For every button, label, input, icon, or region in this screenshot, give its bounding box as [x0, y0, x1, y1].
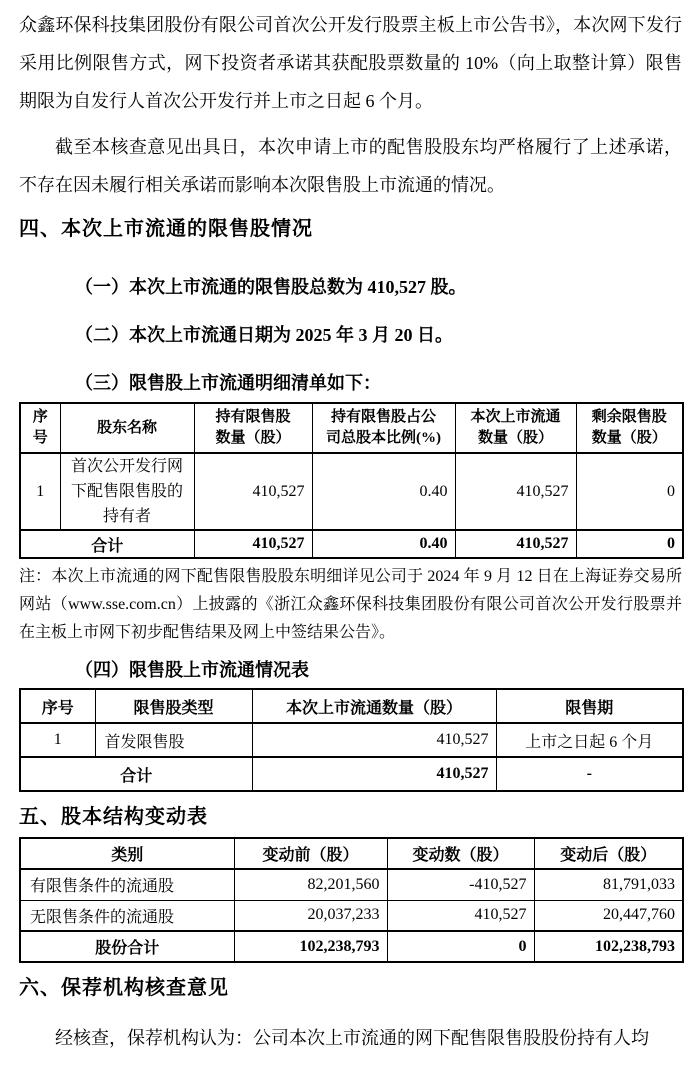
col-header-held-qty: 持有限售股 数量（股）	[194, 403, 312, 453]
table-note: 注：本次上市流通的网下配售限售股股东明细详见公司于 2024 年 9 月 12 …	[19, 563, 682, 647]
col-header-ratio: 持有限售股占公 司总股本比例(%)	[312, 403, 455, 453]
col-header-listed-qty: 本次上市流通 数量（股）	[455, 403, 576, 453]
paragraph-sponsor-opinion: 经核查，保荐机构认为：公司本次上市流通的网下配售限售股股份持有人均	[19, 1019, 682, 1057]
cell-total-held-qty: 410,527	[194, 530, 312, 558]
cell-lockup-type: 首发限售股	[95, 723, 252, 757]
col-header-listed-qty: 本次上市流通数量（股）	[252, 689, 496, 723]
lockup-circulation-table: 序号 限售股类型 本次上市流通数量（股） 限售期 1 首发限售股 410,527…	[19, 688, 684, 792]
cell-serial: 1	[20, 453, 60, 530]
table-total-row: 合计 410,527 0.40 410,527 0	[20, 530, 683, 558]
cell-ratio: 0.40	[312, 453, 455, 530]
cell-category: 无限售条件的流通股	[20, 900, 234, 931]
col-header-shareholder: 股东名称	[60, 403, 194, 453]
table-row: 有限售条件的流通股 82,201,560 -410,527 81,791,033	[20, 869, 683, 900]
section-4-item-3: （三）限售股上市流通明细清单如下：	[75, 368, 682, 398]
table-row: 1 首次公开发行网下配售限售股的持有者 410,527 0.40 410,527…	[20, 453, 683, 530]
cell-change-amount: -410,527	[387, 869, 534, 900]
cell-remaining-qty: 0	[576, 453, 683, 530]
cell-total-before: 102,238,793	[234, 931, 387, 962]
cell-total-change: 0	[387, 931, 534, 962]
cell-serial: 1	[20, 723, 95, 757]
col-header-lockup-type: 限售股类型	[95, 689, 252, 723]
table-total-row: 股份合计 102,238,793 0 102,238,793	[20, 931, 683, 962]
cell-after-change: 20,447,760	[534, 900, 683, 931]
section-4-item-2: （二）本次上市流通日期为 2025 年 3 月 20 日。	[75, 320, 682, 350]
section-4-item-1: （一）本次上市流通的限售股总数为 410,527 股。	[75, 272, 682, 302]
cell-held-qty: 410,527	[194, 453, 312, 530]
cell-before-change: 20,037,233	[234, 900, 387, 931]
cell-change-amount: 410,527	[387, 900, 534, 931]
cell-total-label: 合计	[20, 757, 252, 791]
table-total-row: 合计 410,527 -	[20, 757, 683, 791]
col-header-lockup-period: 限售期	[496, 689, 683, 723]
cell-listed-qty: 410,527	[455, 453, 576, 530]
cell-category: 有限售条件的流通股	[20, 869, 234, 900]
cell-total-remaining-qty: 0	[576, 530, 683, 558]
restricted-shares-detail-table: 序 号 股东名称 持有限售股 数量（股） 持有限售股占公 司总股本比例(%) 本…	[19, 402, 684, 559]
cell-before-change: 82,201,560	[234, 869, 387, 900]
col-header-category: 类别	[20, 838, 234, 869]
section-4-item-4: （四）限售股上市流通情况表	[75, 655, 682, 685]
section-4-heading: 四、本次上市流通的限售股情况	[19, 214, 682, 244]
table-header-row: 序 号 股东名称 持有限售股 数量（股） 持有限售股占公 司总股本比例(%) 本…	[20, 403, 683, 453]
cell-total-after: 102,238,793	[534, 931, 683, 962]
table-header-row: 序号 限售股类型 本次上市流通数量（股） 限售期	[20, 689, 683, 723]
cell-total-ratio: 0.40	[312, 530, 455, 558]
cell-total-period: -	[496, 757, 683, 791]
cell-total-label: 股份合计	[20, 931, 234, 962]
cell-after-change: 81,791,033	[534, 869, 683, 900]
share-structure-change-table: 类别 变动前（股） 变动数（股） 变动后（股） 有限售条件的流通股 82,201…	[19, 837, 684, 963]
cell-total-listed-qty: 410,527	[252, 757, 496, 791]
col-header-change-amount: 变动数（股）	[387, 838, 534, 869]
document-page: 众鑫环保科技集团股份有限公司首次公开发行股票主板上市公告书》，本次网下发行采用比…	[0, 0, 700, 1057]
cell-shareholder: 首次公开发行网下配售限售股的持有者	[60, 453, 194, 530]
table-header-row: 类别 变动前（股） 变动数（股） 变动后（股）	[20, 838, 683, 869]
cell-total-listed-qty: 410,527	[455, 530, 576, 558]
section-6-heading: 六、保荐机构核查意见	[19, 973, 682, 1003]
col-header-serial: 序号	[20, 689, 95, 723]
paragraph-commitment-fulfilled: 截至本核查意见出具日，本次申请上市的配售股股东均严格履行了上述承诺，不存在因未履…	[19, 128, 682, 204]
section-5-heading: 五、股本结构变动表	[19, 802, 682, 832]
table-row: 无限售条件的流通股 20,037,233 410,527 20,447,760	[20, 900, 683, 931]
cell-lockup-period: 上市之日起 6 个月	[496, 723, 683, 757]
col-header-serial: 序 号	[20, 403, 60, 453]
paragraph-lockup-commitment: 众鑫环保科技集团股份有限公司首次公开发行股票主板上市公告书》，本次网下发行采用比…	[19, 6, 682, 120]
col-header-after-change: 变动后（股）	[534, 838, 683, 869]
col-header-before-change: 变动前（股）	[234, 838, 387, 869]
col-header-remaining-qty: 剩余限售股 数量（股）	[576, 403, 683, 453]
table-row: 1 首发限售股 410,527 上市之日起 6 个月	[20, 723, 683, 757]
cell-total-label: 合计	[20, 530, 194, 558]
cell-listed-qty: 410,527	[252, 723, 496, 757]
